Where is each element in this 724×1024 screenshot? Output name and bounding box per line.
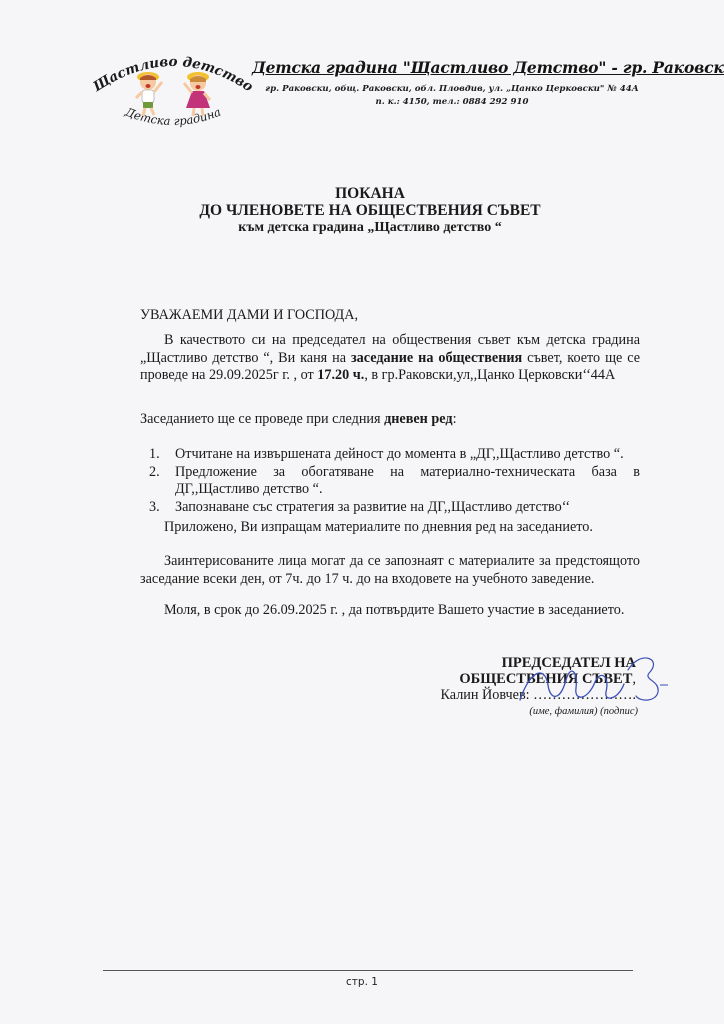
signatory-title-text: ОБЩЕСТВЕНИЯ СЪВЕТ xyxy=(459,671,632,687)
signatory-title-line1: ПРЕДСЕДАТЕЛ НА xyxy=(420,655,636,671)
letterhead-address: гр. Раковски, общ. Раковски, обл. Пловди… xyxy=(250,84,654,94)
agenda-item-text: Отчитане на извършената дейност до момен… xyxy=(175,446,624,462)
signature-caption: (име, фамилия) (подпис) xyxy=(400,706,638,717)
kindergarten-logo-icon: „ Щастливо детство “ Детска градина xyxy=(88,46,258,136)
agenda-intro-bold: дневен ред xyxy=(384,411,453,427)
agenda-intro: Заседанието ще се проведе при следния дн… xyxy=(140,411,640,429)
para1-text-3: , в гр.Раковски,ул,,Цанко Церковски‘‘44А xyxy=(364,367,615,383)
agenda-item: 2.Предложение за обогатяване на материал… xyxy=(140,464,640,499)
agenda-intro-suffix: : xyxy=(453,411,457,427)
agenda-intro-text: Заседанието ще се проведе при следния xyxy=(140,411,384,427)
interested-parties-paragraph: Заинтерисованите лица могат да се запозн… xyxy=(140,553,640,588)
page-number: стр. 1 xyxy=(0,976,724,988)
document-page: „ Щастливо детство “ Детска градина xyxy=(0,0,724,1024)
agenda-item-text: Запознаване със стратегия за развитие на… xyxy=(175,499,570,515)
agenda-item-number: 1. xyxy=(149,446,160,464)
signatory-title-line2: ОБЩЕСТВЕНИЯ СЪВЕТ, xyxy=(420,671,636,687)
agenda-item: 1.Отчитане на извършената дейност до мом… xyxy=(140,446,640,464)
footer-divider xyxy=(103,970,633,971)
heading-invitation: ПОКАНА xyxy=(150,185,590,202)
greeting: УВАЖАЕМИ ДАМИ И ГОСПОДА, xyxy=(140,307,640,325)
agenda-item-text: Предложение за обогатяване на материално… xyxy=(175,464,640,498)
svg-text:„ Щастливо детство “: „ Щастливо детство “ xyxy=(88,46,256,96)
signatory-name-line: Калин Йовчев: …………………. xyxy=(400,687,636,704)
attached-materials-paragraph: Приложено, Ви изпращам материалите по дн… xyxy=(140,519,640,537)
letterhead-title: Детска градина "Щастливо Детство" - гр. … xyxy=(252,58,652,77)
letterhead-contact: п. к.: 4150, тел.: 0884 292 910 xyxy=(250,97,654,107)
agenda-item: 3.Запознаване със стратегия за развитие … xyxy=(140,499,640,517)
para1-bold-time: 17.20 ч. xyxy=(317,367,364,383)
confirmation-deadline-paragraph: Моля, в срок до 26.09.2025 г. , да потвъ… xyxy=(140,602,640,620)
agenda-item-number: 3. xyxy=(149,499,160,517)
agenda-item-number: 2. xyxy=(149,464,160,482)
heading-recipients: ДО ЧЛЕНОВЕТЕ НА ОБЩЕСТВЕНИЯ СЪВЕТ xyxy=(150,202,590,219)
para1-bold-meeting: заседание на обществения xyxy=(351,350,522,366)
logo-arc-text: „ Щастливо детство “ xyxy=(88,46,256,96)
heading-institution: към детска градина „Щастливо детство “ xyxy=(150,219,590,236)
invitation-paragraph: В качеството си на председател на общест… xyxy=(140,332,640,385)
document-heading: ПОКАНА ДО ЧЛЕНОВЕТЕ НА ОБЩЕСТВЕНИЯ СЪВЕТ… xyxy=(150,185,590,236)
signatory-title-comma: , xyxy=(632,671,636,687)
agenda-list: 1.Отчитане на извършената дейност до мом… xyxy=(140,446,640,516)
